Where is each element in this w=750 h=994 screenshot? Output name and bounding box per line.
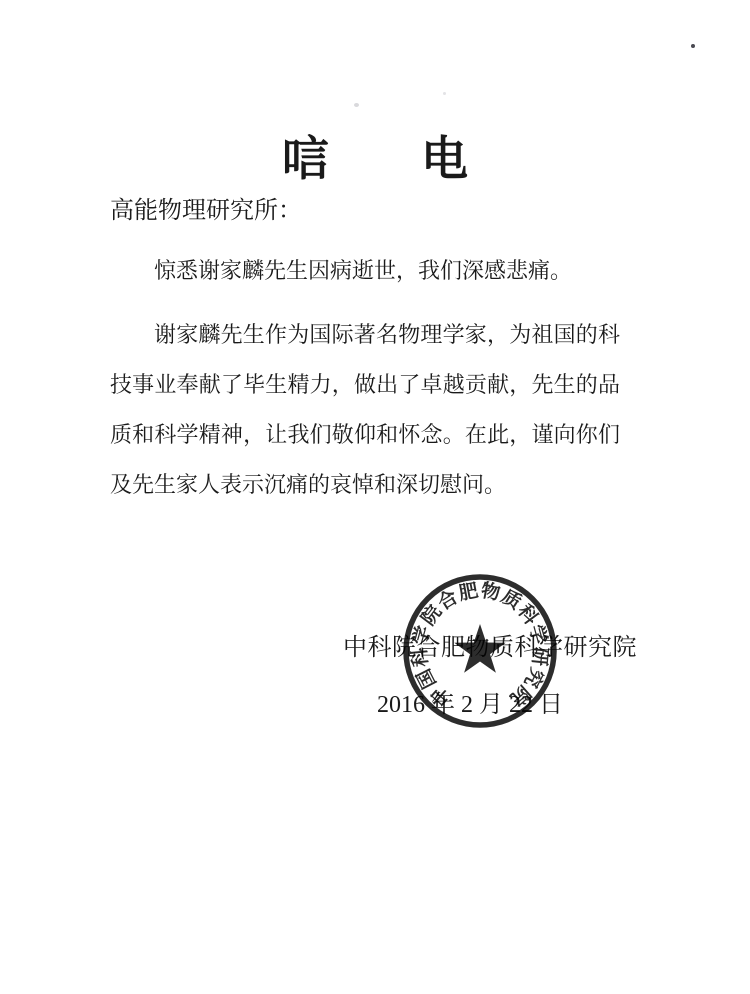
title-char-1: 唁 — [282, 135, 329, 182]
scan-artifact — [443, 92, 446, 95]
scan-artifact — [354, 103, 359, 107]
scanned-condolence-letter: 唁 电 高能物理研究所： 惊悉谢家麟先生因病逝世，我们深感悲痛。 谢家麟先生作为… — [0, 0, 750, 994]
paragraph-1: 惊悉谢家麟先生因病逝世，我们深感悲痛。 — [110, 246, 620, 296]
scan-artifact — [691, 44, 695, 48]
official-seal: 中国科学院合肥物质科学研究院 — [395, 566, 565, 736]
salutation: 高能物理研究所： — [110, 197, 302, 226]
paragraph-2: 谢家麟先生作为国际著名物理学家，为祖国的科技事业奉献了毕生精力，做出了卓越贡献，… — [110, 310, 620, 510]
title-char-2: 电 — [421, 135, 468, 182]
document-title: 唁 电 — [0, 135, 750, 182]
star-icon — [454, 624, 505, 673]
letter-body: 惊悉谢家麟先生因病逝世，我们深感悲痛。 谢家麟先生作为国际著名物理学家，为祖国的… — [110, 246, 620, 510]
